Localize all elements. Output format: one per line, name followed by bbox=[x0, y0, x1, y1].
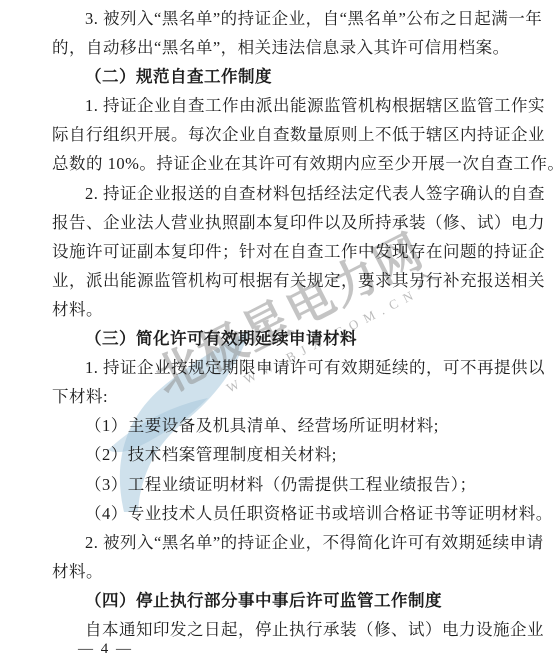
text-line-5: 际自行组织开展。每次企业自查数量原则上不低于辖区内持证企业 bbox=[52, 120, 530, 149]
text-line-4: 1. 持证企业自查工作由派出能源监管机构根据辖区监管工作实 bbox=[52, 91, 530, 120]
text-line-1: 3. 被列入“黑名单”的持证企业，自“黑名单”公布之日起满一年 bbox=[52, 4, 530, 33]
text-line-20: 材料。 bbox=[52, 557, 530, 586]
text-line-19: 2. 被列入“黑名单”的持证企业，不得简化许可有效期延续申请 bbox=[52, 528, 530, 557]
text-line-11: 材料。 bbox=[52, 295, 530, 324]
text-line-12: （三）简化许可有效期延续申请材料 bbox=[52, 324, 530, 353]
text-line-3: （二）规范自查工作制度 bbox=[52, 62, 530, 91]
text-line-17: （3）工程业绩证明材料（仍需提供工程业绩报告）； bbox=[52, 470, 530, 499]
text-line-2: 的，自动移出“黑名单”，相关违法信息录入其许可信用档案。 bbox=[52, 33, 530, 62]
text-line-7: 2. 持证企业报送的自查材料包括经法定代表人签字确认的自查 bbox=[52, 179, 530, 208]
text-line-8: 报告、企业法人营业执照副本复印件以及所持承装（修、试）电力 bbox=[52, 208, 530, 237]
text-line-10: 业，派出能源监管机构可根据有关规定，要求其另行补充报送相关 bbox=[52, 266, 530, 295]
page-number: — 4 — bbox=[78, 640, 133, 658]
document-body: 3. 被列入“黑名单”的持证企业，自“黑名单”公布之日起满一年的，自动移出“黑名… bbox=[52, 4, 530, 644]
text-line-21: （四）停止执行部分事中事后许可监管工作制度 bbox=[52, 586, 530, 615]
text-line-14: 下材料: bbox=[52, 382, 530, 411]
text-line-15: （1）主要设备及机具清单、经营场所证明材料; bbox=[52, 411, 530, 440]
text-line-13: 1. 持证企业按规定期限申请许可有效期延续的，可不再提供以 bbox=[52, 353, 530, 382]
text-line-18: （4）专业技术人员任职资格证书或培训合格证书等证明材料。 bbox=[52, 499, 530, 528]
text-line-16: （2）技术档案管理制度相关材料; bbox=[52, 440, 530, 469]
text-line-6: 总数的 10%。持证企业在其许可有效期内应至少开展一次自查工作。 bbox=[52, 149, 530, 178]
text-line-9: 设施许可证副本复印件；针对在自查工作中发现存在问题的持证企 bbox=[52, 237, 530, 266]
